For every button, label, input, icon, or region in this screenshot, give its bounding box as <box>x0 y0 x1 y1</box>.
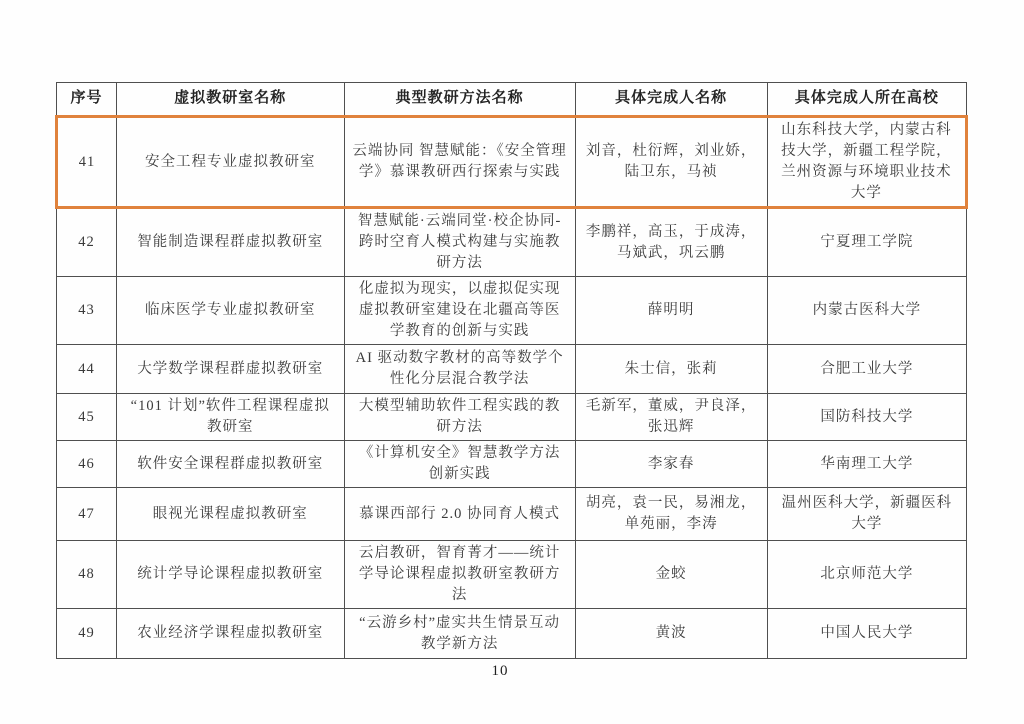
cell-universities: 温州医科大学，新疆医科大学 <box>767 488 966 541</box>
cell-serial-number: 46 <box>57 441 117 488</box>
cell-universities: 华南理工大学 <box>767 441 966 488</box>
cell-completers: 黄波 <box>575 609 767 659</box>
cell-completers: 李鹏祥，高玉，于成涛，马斌武，巩云鹏 <box>575 208 767 277</box>
cell-office-name: 大学数学课程群虚拟教研室 <box>117 345 345 394</box>
table-row: 41 安全工程专业虚拟教研室 云端协同 智慧赋能：《安全管理学》慕课教研西行探索… <box>57 117 967 208</box>
cell-serial-number: 45 <box>57 394 117 441</box>
cell-serial-number: 41 <box>57 117 117 208</box>
virtual-teaching-office-table: 序号虚拟教研室名称典型教研方法名称具体完成人名称具体完成人所在高校 41 安全工… <box>55 82 968 659</box>
table-header-row: 序号虚拟教研室名称典型教研方法名称具体完成人名称具体完成人所在高校 <box>57 83 967 117</box>
cell-office-name: 软件安全课程群虚拟教研室 <box>117 441 345 488</box>
cell-universities: 北京师范大学 <box>767 541 966 609</box>
table-row: 49 农业经济学课程虚拟教研室 “云游乡村”虚实共生情景互动教学新方法 黄波 中… <box>57 609 967 659</box>
cell-office-name: 临床医学专业虚拟教研室 <box>117 277 345 345</box>
table-row: 43 临床医学专业虚拟教研室 化虚拟为现实，以虚拟促实现 虚拟教研室建设在北疆高… <box>57 277 967 345</box>
table-row: 46 软件安全课程群虚拟教研室 《计算机安全》智慧教学方法创新实践 李家春 华南… <box>57 441 967 488</box>
cell-completers: 刘音，杜衍辉，刘业娇，陆卫东，马祯 <box>575 117 767 208</box>
cell-completers: 毛新军，董威，尹良泽，张迅辉 <box>575 394 767 441</box>
cell-method-name: 云端协同 智慧赋能：《安全管理学》慕课教研西行探索与实践 <box>344 117 575 208</box>
cell-serial-number: 43 <box>57 277 117 345</box>
cell-universities: 内蒙古医科大学 <box>767 277 966 345</box>
cell-universities: 宁夏理工学院 <box>767 208 966 277</box>
cell-office-name: 农业经济学课程虚拟教研室 <box>117 609 345 659</box>
cell-method-name: 云启教研，智育菁才——统计学导论课程虚拟教研室教研方法 <box>344 541 575 609</box>
cell-method-name: 慕课西部行 2.0 协同育人模式 <box>344 488 575 541</box>
cell-completers: 薛明明 <box>575 277 767 345</box>
cell-method-name: AI 驱动数字教材的高等数学个性化分层混合教学法 <box>344 345 575 394</box>
cell-serial-number: 44 <box>57 345 117 394</box>
cell-office-name: 安全工程专业虚拟教研室 <box>117 117 345 208</box>
column-header: 具体完成人名称 <box>575 83 767 117</box>
cell-completers: 胡亮，袁一民，易湘龙，单苑丽，李涛 <box>575 488 767 541</box>
cell-serial-number: 48 <box>57 541 117 609</box>
cell-method-name: 化虚拟为现实，以虚拟促实现 虚拟教研室建设在北疆高等医学教育的创新与实践 <box>344 277 575 345</box>
column-header: 典型教研方法名称 <box>344 83 575 117</box>
cell-method-name: “云游乡村”虚实共生情景互动教学新方法 <box>344 609 575 659</box>
cell-completers: 金蛟 <box>575 541 767 609</box>
table-row: 44 大学数学课程群虚拟教研室 AI 驱动数字教材的高等数学个性化分层混合教学法… <box>57 345 967 394</box>
cell-method-name: 智慧赋能·云端同堂·校企协同-跨时空育人模式构建与实施教研方法 <box>344 208 575 277</box>
cell-method-name: 《计算机安全》智慧教学方法创新实践 <box>344 441 575 488</box>
column-header: 虚拟教研室名称 <box>117 83 345 117</box>
table-row: 45 “101 计划”软件工程课程虚拟教研室 大模型辅助软件工程实践的教研方法 … <box>57 394 967 441</box>
cell-serial-number: 49 <box>57 609 117 659</box>
cell-universities: 合肥工业大学 <box>767 345 966 394</box>
table-row: 47 眼视光课程虚拟教研室 慕课西部行 2.0 协同育人模式 胡亮，袁一民，易湘… <box>57 488 967 541</box>
table-row: 48 统计学导论课程虚拟教研室 云启教研，智育菁才——统计学导论课程虚拟教研室教… <box>57 541 967 609</box>
cell-universities: 山东科技大学，内蒙古科技大学，新疆工程学院，兰州资源与环境职业技术大学 <box>767 117 966 208</box>
cell-universities: 国防科技大学 <box>767 394 966 441</box>
cell-office-name: 眼视光课程虚拟教研室 <box>117 488 345 541</box>
document-page: 序号虚拟教研室名称典型教研方法名称具体完成人名称具体完成人所在高校 41 安全工… <box>0 0 1024 724</box>
column-header: 具体完成人所在高校 <box>767 83 966 117</box>
cell-office-name: “101 计划”软件工程课程虚拟教研室 <box>117 394 345 441</box>
table-row: 42 智能制造课程群虚拟教研室 智慧赋能·云端同堂·校企协同-跨时空育人模式构建… <box>57 208 967 277</box>
cell-office-name: 智能制造课程群虚拟教研室 <box>117 208 345 277</box>
cell-completers: 李家春 <box>575 441 767 488</box>
cell-method-name: 大模型辅助软件工程实践的教研方法 <box>344 394 575 441</box>
cell-universities: 中国人民大学 <box>767 609 966 659</box>
cell-completers: 朱士信，张莉 <box>575 345 767 394</box>
cell-serial-number: 47 <box>57 488 117 541</box>
table-body: 41 安全工程专业虚拟教研室 云端协同 智慧赋能：《安全管理学》慕课教研西行探索… <box>57 117 967 659</box>
cell-serial-number: 42 <box>57 208 117 277</box>
cell-office-name: 统计学导论课程虚拟教研室 <box>117 541 345 609</box>
page-number: 10 <box>0 663 1000 680</box>
column-header: 序号 <box>57 83 117 117</box>
